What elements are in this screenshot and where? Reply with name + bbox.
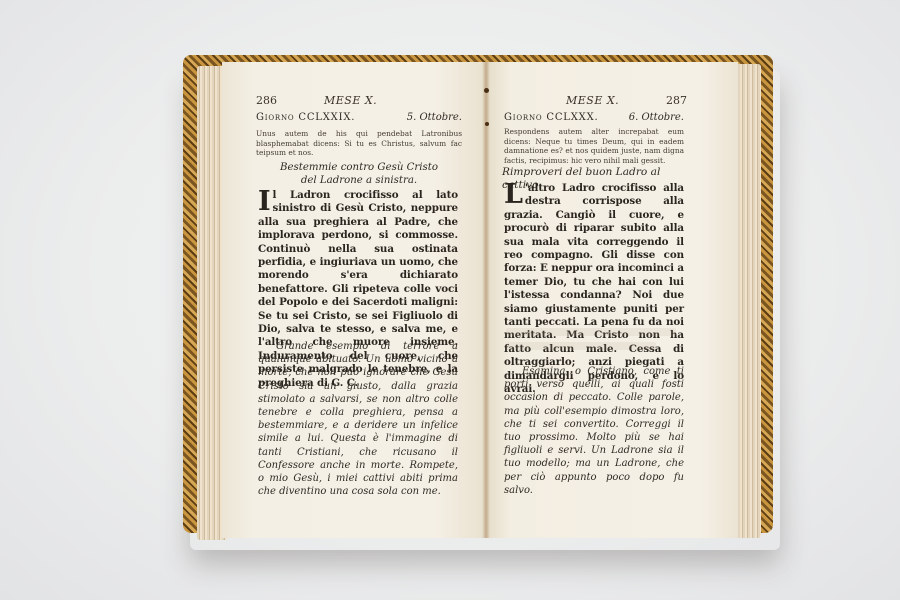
right-day-line: Giorno CCLXXX. 6. Ottobre. bbox=[504, 112, 684, 123]
show-through-text bbox=[506, 342, 656, 350]
left-day-line: Giorno CCLXXIX. 5. Ottobre. bbox=[256, 112, 462, 123]
book-gutter bbox=[482, 62, 490, 538]
left-page-number: 286 bbox=[256, 94, 277, 107]
right-reflection: Esamina, o Cristiano, come ti porti vers… bbox=[504, 365, 684, 497]
right-latin-quote: Respondens autem alter increpabat eum di… bbox=[504, 127, 684, 165]
left-heading: Bestemmie contro Gesù Cristo del Ladrone… bbox=[256, 161, 462, 187]
right-dropcap: L bbox=[504, 183, 523, 207]
right-body-paragraph: 'altro Ladro crocifisso alla destra corr… bbox=[504, 182, 684, 395]
left-latin-quote: Unus autem de his qui pendebat Latronibu… bbox=[256, 129, 462, 158]
show-through-text bbox=[506, 328, 676, 336]
left-day-label: Giorno CCLXXIX. bbox=[256, 112, 355, 123]
left-reflection: Grande esempio di terrore a qualunque ab… bbox=[258, 340, 458, 498]
right-day-label: Giorno CCLXXX. bbox=[504, 112, 599, 123]
left-date: 5. Ottobre. bbox=[407, 112, 462, 123]
left-heading-line1: Bestemmie contro Gesù Cristo bbox=[256, 161, 462, 174]
right-date: 6. Ottobre. bbox=[629, 112, 684, 123]
gutter-stain bbox=[485, 122, 489, 126]
left-heading-line2: del Ladrone a sinistra. bbox=[256, 174, 462, 187]
right-page-block-edge bbox=[735, 64, 761, 538]
left-dropcap: I bbox=[258, 190, 271, 214]
right-page-number: 287 bbox=[666, 94, 687, 107]
left-running-head: MESE X. bbox=[324, 94, 377, 107]
right-running-head: MESE X. bbox=[566, 94, 619, 107]
left-page: 286 MESE X. Giorno CCLXXIX. 5. Ottobre. … bbox=[222, 62, 486, 538]
gutter-stain bbox=[484, 88, 489, 93]
right-page: MESE X. 287 Giorno CCLXXX. 6. Ottobre. R… bbox=[486, 62, 738, 538]
